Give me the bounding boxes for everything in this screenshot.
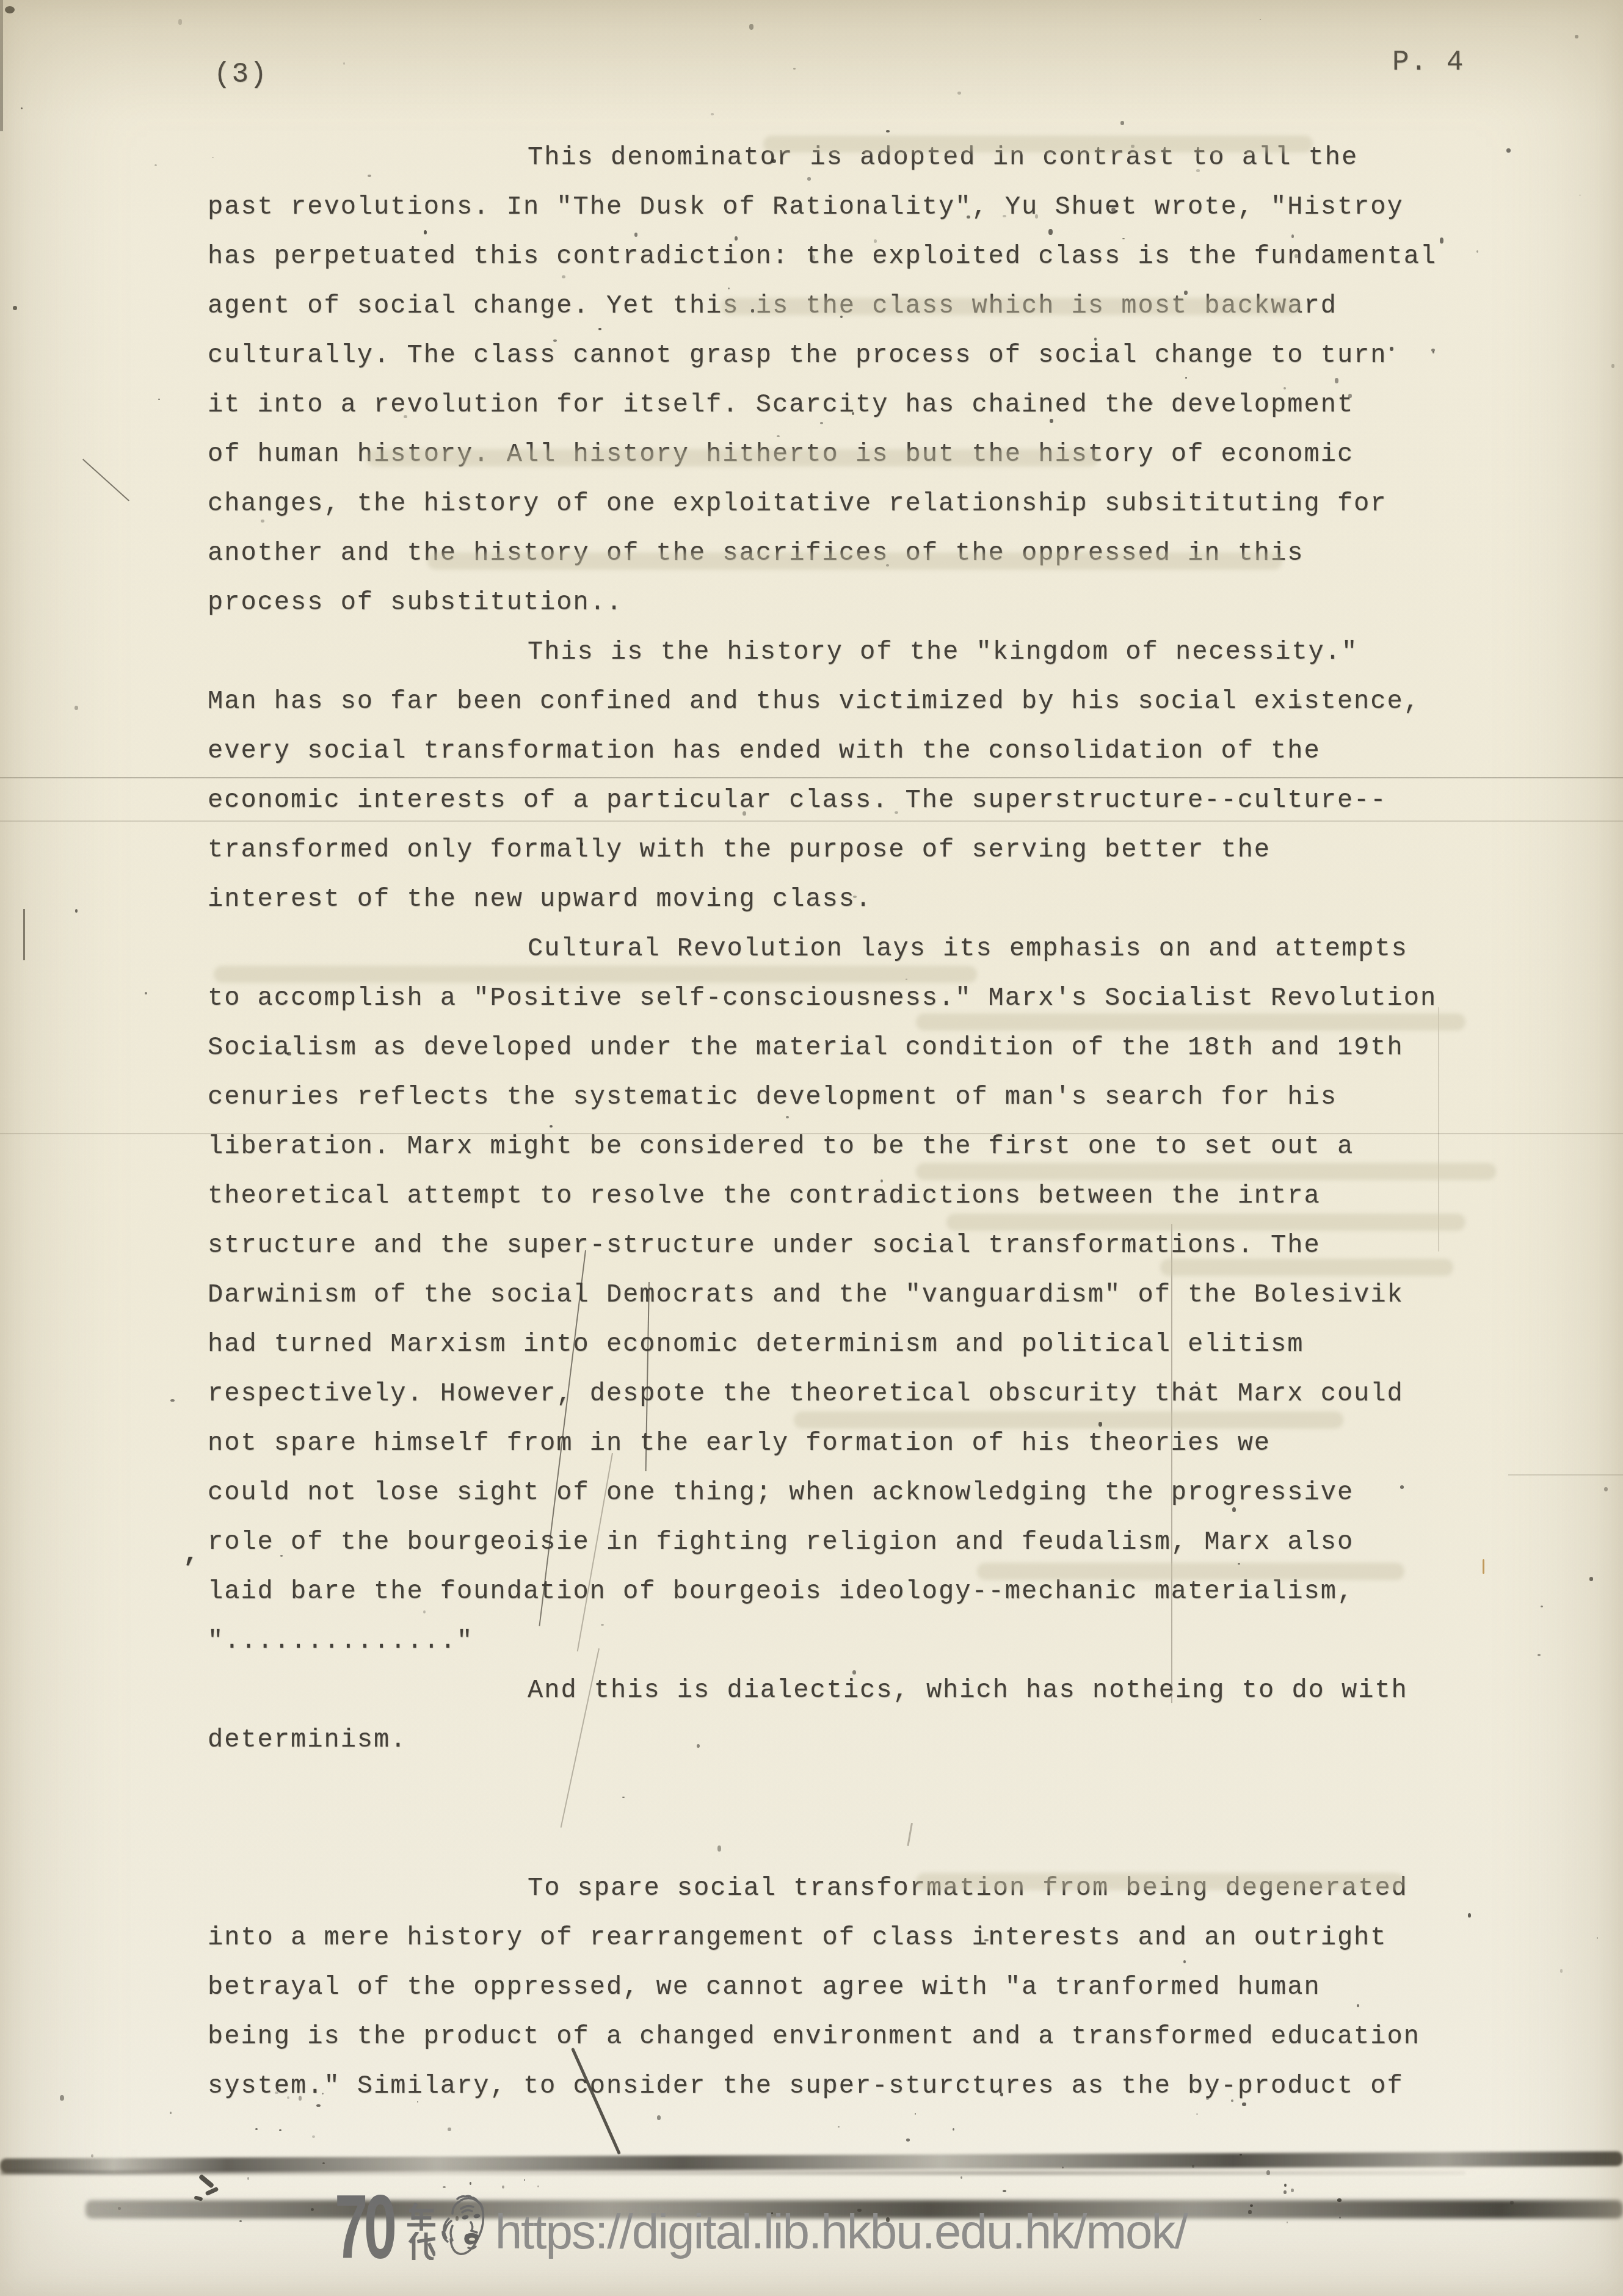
noise-speck [857, 2209, 862, 2212]
text-line: theoretical attempt to resolve the contr… [208, 1172, 1623, 1221]
text-line: structure and the super-structure under … [208, 1221, 1623, 1270]
noise-speck [1196, 2113, 1198, 2115]
text-line: Cultural Revolution lays its emphasis on… [208, 924, 1623, 974]
noise-speck [158, 399, 160, 400]
library-watermark: 70 [335, 2190, 1187, 2262]
text-line: To spare social transformation from bein… [208, 1864, 1623, 1913]
noise-speck [21, 107, 22, 109]
noise-speck [1003, 2190, 1006, 2192]
typewritten-body-text: This denominator is adopted in contrast … [208, 133, 1623, 2111]
text-line: could not lose sight of one thing; when … [208, 1468, 1623, 1518]
noise-speck [75, 909, 78, 912]
text-line: every social transformation has ended wi… [208, 726, 1623, 776]
smudge-band [0, 2151, 1623, 2173]
text-line [208, 1765, 1623, 1814]
noise-speck [470, 2182, 471, 2184]
text-line: Darwinism of the social Democrats and th… [208, 1270, 1623, 1320]
dai-glyph-icon [407, 2232, 435, 2260]
noise-speck [1240, 2154, 1242, 2156]
ink-squiggle [194, 2195, 203, 2201]
smudge-band [85, 2200, 1623, 2218]
text-line: has perpetuated this contradiction: the … [208, 232, 1623, 281]
noise-speck [1062, 2167, 1064, 2168]
text-line: Man has so far been confined and thus vi… [208, 677, 1623, 726]
screaming-face-sketch-icon [437, 2194, 488, 2262]
noise-speck [60, 2095, 64, 2101]
text-line: another and the history of the sacrifice… [208, 529, 1623, 578]
noise-speck [1120, 121, 1124, 125]
noise-speck [1339, 2217, 1342, 2218]
noise-speck [1284, 2184, 1287, 2187]
noise-speck [1266, 2170, 1270, 2175]
noise-speck [793, 68, 796, 70]
noise-speck [960, 2176, 962, 2179]
text-line [208, 1814, 1623, 1864]
noise-speck [711, 113, 713, 115]
text-line: process of substitution.. [208, 578, 1623, 628]
noise-speck [502, 2186, 504, 2189]
noise-speck [311, 2208, 314, 2211]
noise-speck [118, 2207, 121, 2210]
noise-speck [456, 2216, 459, 2221]
text-line: agent of social change. Yet this is the … [208, 281, 1623, 331]
text-line: economic interests of a particular class… [208, 776, 1623, 825]
page-number: P. 4 [1392, 46, 1464, 78]
noise-speck [516, 2223, 518, 2225]
ink-squiggle [205, 2187, 219, 2196]
ink-blob [5, 6, 15, 13]
text-line: had turned Marxism into economic determi… [208, 1320, 1623, 1369]
noise-speck [443, 2186, 445, 2188]
text-line: of human history. All history hitherto i… [208, 430, 1623, 479]
text-line: culturally. The class cannot grasp the p… [208, 331, 1623, 380]
text-line: liberation. Marx might be considered to … [208, 1122, 1623, 1172]
text-line: past revolutions. In "The Dusk of Ration… [208, 183, 1623, 232]
noise-speck [1284, 2190, 1286, 2194]
noise-speck [239, 2220, 242, 2223]
noise-speck [247, 2177, 249, 2180]
scan-edge-shadow [0, 0, 3, 131]
text-line: not spare himself from in the early form… [208, 1419, 1623, 1468]
stray-typed-comma: , [183, 1529, 198, 1579]
noise-speck [448, 2128, 451, 2131]
nian-glyph-icon [407, 2203, 435, 2231]
text-line: ".............." [208, 1617, 1623, 1666]
seventies-logo-cjk [407, 2203, 435, 2262]
noise-speck [657, 2115, 661, 2120]
noise-speck [1260, 19, 1261, 20]
noise-speck [886, 2217, 890, 2222]
noise-speck [1291, 2189, 1294, 2192]
smudge-band [0, 2171, 1465, 2175]
text-line: being is the product of a changed enviro… [208, 2012, 1623, 2062]
noise-speck [1287, 2222, 1288, 2223]
noise-speck [170, 2112, 172, 2114]
noise-speck [13, 306, 17, 310]
text-line: laid bare the foundation of bourgeois id… [208, 1567, 1623, 1617]
text-line: And this is dialectics, which has nothei… [208, 1666, 1623, 1715]
noise-speck [771, 2212, 773, 2214]
noise-speck [279, 2129, 282, 2131]
text-line: interest of the new upward moving class. [208, 875, 1623, 924]
text-line: role of the bourgeoisie in fighting reli… [208, 1518, 1623, 1567]
noise-speck [1510, 2201, 1513, 2205]
noise-speck [906, 2138, 910, 2141]
noise-speck [74, 706, 78, 710]
noise-speck [170, 1399, 175, 1402]
text-line: cenuries reflects the systematic develop… [208, 1073, 1623, 1122]
text-line: to accomplish a "Positive self-conscious… [208, 974, 1623, 1023]
text-line: Socialism as developed under the materia… [208, 1023, 1623, 1073]
noise-speck [838, 2126, 839, 2128]
text-line: betrayal of the oppressed, we cannot agr… [208, 1963, 1623, 2012]
noise-speck [154, 164, 157, 166]
text-line: changes, the history of one exploitative… [208, 479, 1623, 529]
noise-speck [1250, 2204, 1252, 2207]
noise-speck [178, 19, 182, 24]
noise-speck [915, 2113, 916, 2114]
ink-squiggle [198, 2174, 215, 2189]
noise-speck [91, 2154, 93, 2157]
text-line: determinism. [208, 1715, 1623, 1765]
scanned-typewritten-page: (3) P. 4 This denominator is adopted in … [0, 0, 1623, 2296]
text-line: respectively. However, despote the theor… [208, 1369, 1623, 1419]
noise-speck [1575, 35, 1578, 38]
noise-speck [1248, 2210, 1252, 2215]
text-line: This is the history of the "kingdom of n… [208, 628, 1623, 677]
noise-speck [537, 2186, 540, 2187]
noise-speck [322, 2162, 325, 2164]
noise-speck [1192, 2165, 1194, 2167]
text-line: This denominator is adopted in contrast … [208, 133, 1623, 183]
noise-speck [953, 2128, 954, 2131]
noise-speck [524, 2179, 525, 2181]
noise-speck [145, 992, 147, 994]
watermark-url: https://digital.lib.hkbu.edu.hk/mok/ [495, 2207, 1187, 2262]
noise-speck [312, 2135, 315, 2138]
text-line: system." Similary, to consider the super… [208, 2062, 1623, 2111]
noise-speck [343, 62, 345, 65]
seventies-logo-number: 70 [335, 2192, 393, 2262]
text-line: it into a revolution for itself. Scarcit… [208, 380, 1623, 430]
sheet-number: (3) [214, 59, 268, 90]
noise-speck [1337, 2198, 1342, 2201]
noise-speck [957, 92, 961, 95]
margin-tick [23, 909, 25, 960]
text-line: transformed only formally with the purpo… [208, 825, 1623, 875]
text-line: into a mere history of rearrangement of … [208, 1913, 1623, 1963]
noise-speck [255, 2128, 257, 2130]
margin-scratch [82, 459, 129, 502]
noise-speck [886, 130, 890, 132]
noise-speck [749, 24, 753, 29]
